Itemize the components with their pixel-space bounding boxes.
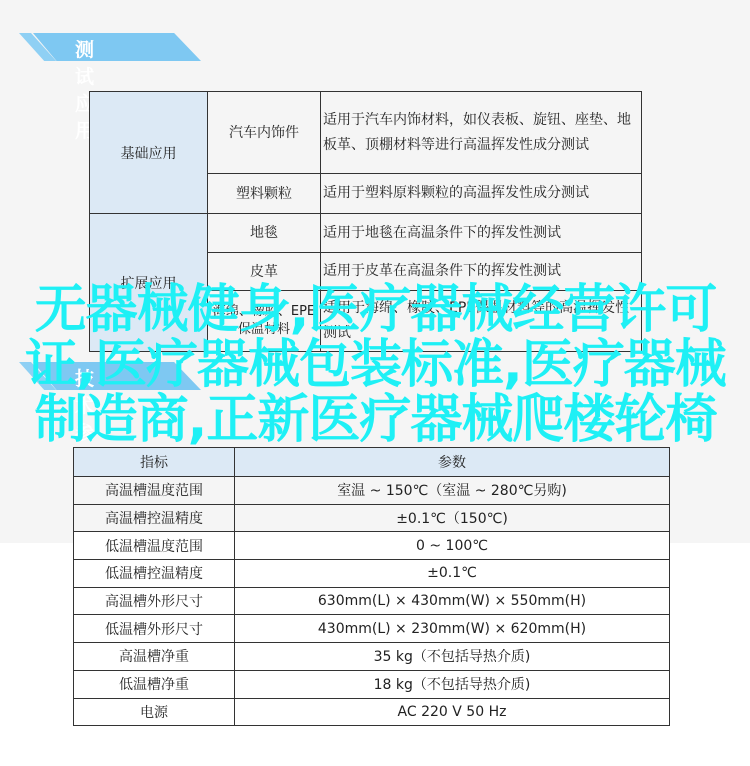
table-row: 高温槽净重 35 kg（不包括导热介质)	[74, 643, 670, 671]
column-header-parameter: 参数	[235, 448, 670, 477]
parameter-cell: 630mm(L) × 430mm(W) × 550mm(H)	[235, 587, 670, 615]
spec-table: 指标 参数 高温槽温度范围 室温 ~ 150℃（室温 ~ 280℃另购) 高温槽…	[73, 447, 670, 726]
parameter-cell: ±0.1℃	[235, 560, 670, 588]
table-row: 高温槽外形尺寸 630mm(L) × 430mm(W) × 550mm(H)	[74, 587, 670, 615]
parameter-cell: 18 kg（不包括导热介质)	[235, 670, 670, 698]
overlay-watermark-text: 无器械健身,医疗器械经营许可证,医疗器械包装标准,医疗器械制造商,正新医疗器械爬…	[18, 283, 733, 448]
description-cell: 适用于汽车内饰材料，如仪表板、旋钮、座垫、地板革、顶棚材料等进行高温挥发性成分测…	[321, 92, 642, 174]
item-cell: 汽车内饰件	[208, 92, 321, 174]
parameter-cell: 室温 ~ 150℃（室温 ~ 280℃另购)	[235, 477, 670, 505]
indicator-cell: 低温槽外形尺寸	[74, 615, 235, 643]
parameter-cell: 35 kg（不包括导热介质)	[235, 643, 670, 671]
item-cell: 地毯	[208, 214, 321, 253]
parameter-cell: ±0.1℃（150℃)	[235, 504, 670, 532]
table-row: 高温槽温度范围 室温 ~ 150℃（室温 ~ 280℃另购)	[74, 477, 670, 505]
indicator-cell: 高温槽温度范围	[74, 477, 235, 505]
banner-shape	[33, 33, 201, 61]
table-row: 低温槽控温精度 ±0.1℃	[74, 560, 670, 588]
description-cell: 适用于塑料原料颗粒的高温挥发性成分测试	[321, 174, 642, 214]
description-cell: 适用于地毯在高温条件下的挥发性测试	[321, 214, 642, 253]
indicator-cell: 低温槽净重	[74, 670, 235, 698]
indicator-cell: 高温槽净重	[74, 643, 235, 671]
indicator-cell: 高温槽外形尺寸	[74, 587, 235, 615]
table-row: 扩展应用 地毯 适用于地毯在高温条件下的挥发性测试	[90, 214, 642, 253]
item-cell: 塑料颗粒	[208, 174, 321, 214]
table-row: 高温槽控温精度 ±0.1℃（150℃)	[74, 504, 670, 532]
indicator-cell: 低温槽控温精度	[74, 560, 235, 588]
indicator-cell: 高温槽控温精度	[74, 504, 235, 532]
table-row: 低温槽外形尺寸 430mm(L) × 230mm(W) × 620mm(H)	[74, 615, 670, 643]
parameter-cell: 430mm(L) × 230mm(W) × 620mm(H)	[235, 615, 670, 643]
column-header-indicator: 指标	[74, 448, 235, 477]
category-cell: 基础应用	[90, 92, 208, 214]
indicator-cell: 电源	[74, 698, 235, 726]
parameter-cell: 0 ~ 100℃	[235, 532, 670, 560]
parameter-cell: AC 220 V 50 Hz	[235, 698, 670, 726]
table-header-row: 指标 参数	[74, 448, 670, 477]
table-row: 低温槽温度范围 0 ~ 100℃	[74, 532, 670, 560]
table-row: 基础应用 汽车内饰件 适用于汽车内饰材料，如仪表板、旋钮、座垫、地板革、顶棚材料…	[90, 92, 642, 174]
table-row: 低温槽净重 18 kg（不包括导热介质)	[74, 670, 670, 698]
indicator-cell: 低温槽温度范围	[74, 532, 235, 560]
table-row: 电源 AC 220 V 50 Hz	[74, 698, 670, 726]
